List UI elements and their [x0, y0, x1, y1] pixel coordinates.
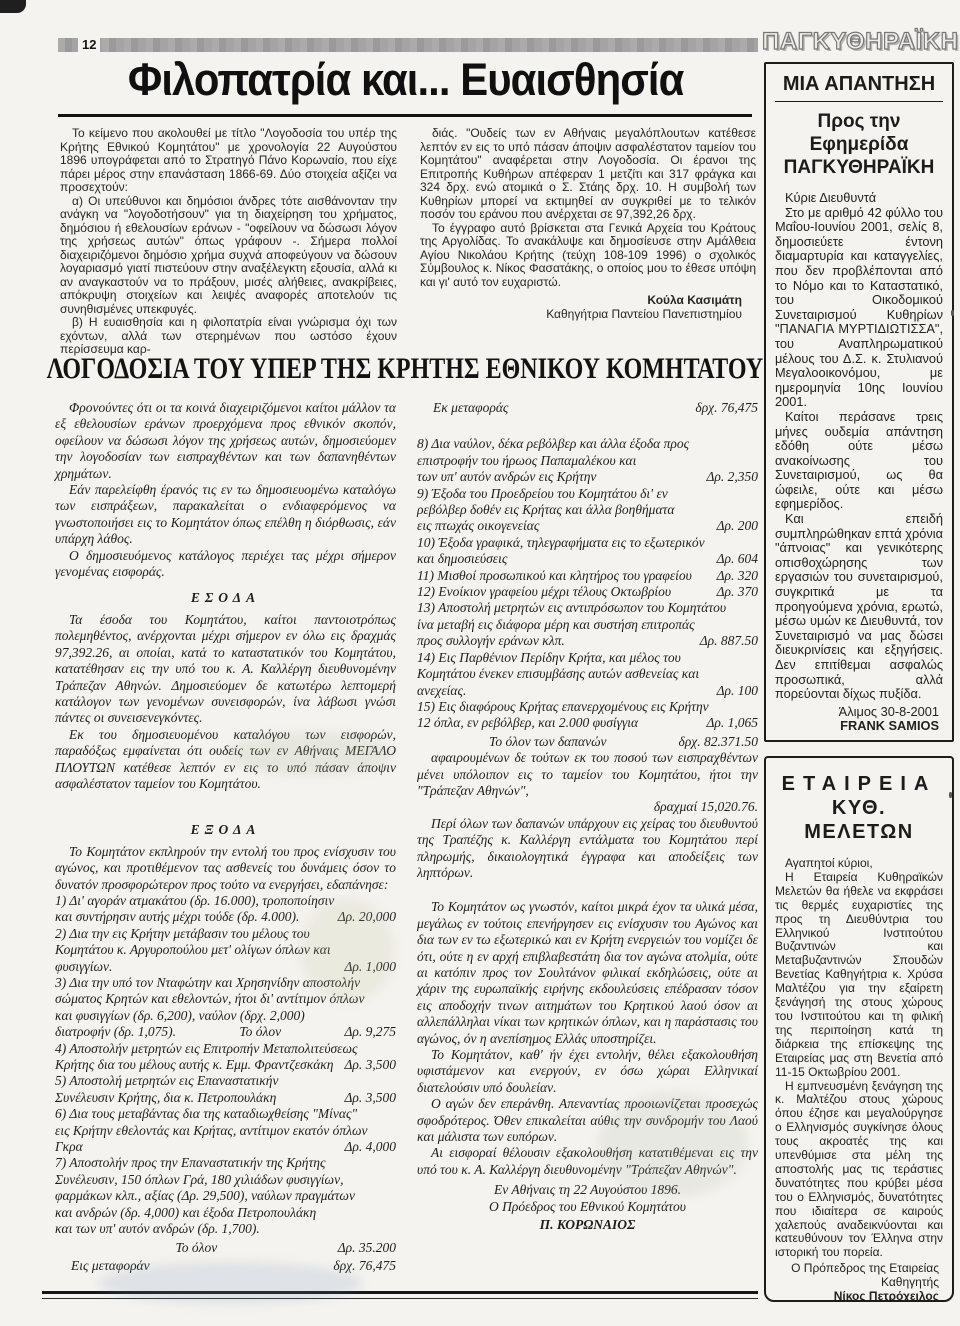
amount: Δρ. 3,500	[344, 1057, 396, 1073]
ledger-line: Το όλονΔρ. 35.200	[55, 1240, 396, 1256]
ledger-line: ανεχείας.Δρ. 100	[417, 683, 758, 699]
scan-speck	[949, 792, 952, 798]
report-title-container: ΛΟΓΟΔΟΣΙΑ ΤΟΥ ΥΠΕΡ ΤΗΣ ΚΡΗΤΗΣ ΕΘΝΙΚΟΥ ΚΟ…	[55, 351, 755, 387]
amount: Δρ. 200	[717, 518, 758, 534]
line-text: Το όλον των δαπανών	[417, 734, 679, 750]
ledger-line: 7) Αποστολήν προς την Επαναστατικήν της …	[55, 1155, 396, 1171]
line-text: Γκρα	[55, 1139, 83, 1155]
paragraph: Το Κομητάτον, καθ' ήν έχει εντολήν, θέλε…	[417, 1047, 758, 1096]
line-text: και δημοσιεύσεις	[417, 551, 507, 567]
line-text: 2) Δια την εις Κρήτην μετάβασιν του μέλο…	[55, 926, 310, 942]
studies-box-title-line: ΚΥΘ. ΜΕΛΕΤΩΝ	[775, 796, 943, 844]
ledger-line: και δημοσιεύσειςΔρ. 604	[417, 551, 758, 567]
ledger-line: 8) Δια ναύλον, δέκα ρεβόλβερ και άλλα έξ…	[417, 436, 758, 452]
scan-artifact	[0, 0, 26, 13]
ledger-line: Εκ μεταφοράςδρχ. 76,475	[417, 400, 758, 416]
paragraph: α) Οι υπεύθυνοι και δημόσιοι άνδρες τότε…	[60, 195, 397, 317]
line-text: και φυσιγγίων (δρ. 6,200), ναύλον (δρχ. …	[55, 1008, 305, 1024]
line-text: 14) Εις Παρθένιον Περίδην Κρήτα, και μέλ…	[417, 650, 681, 666]
line-text: 5) Αποστολή μετρητών εις Επαναστατικήν	[55, 1073, 278, 1089]
amount: Δρ. 887.50	[700, 633, 758, 649]
amount: Δρ. 1,065	[706, 715, 758, 731]
letter-dateline: Άλιμος 30-8-2001	[775, 705, 943, 720]
line-text: φυσιγγίων.	[55, 959, 112, 975]
paragraph: Στο με αριθμό 42 φύλλο του Μαΐου-Ιουνίου…	[775, 206, 943, 410]
president-title: Ο Πρόεδρος του Εθνικού Κομητάτου	[417, 1199, 758, 1215]
line-text: 7) Αποστολήν προς την Επαναστατικήν της …	[55, 1155, 325, 1171]
line-text: και ανδρών (δρ. 4,000) και έξοδα Πετροπο…	[55, 1205, 316, 1221]
paragraph: Το έγγραφο αυτό βρίσκεται στα Γενικά Αρχ…	[420, 222, 756, 290]
paragraph: Και επειδή συμπληρώθηκαν επτά χρόνια "άπ…	[775, 512, 943, 702]
paragraph: Το Κομητάτον ως γνωστόν, καίτοι μικρά έχ…	[417, 899, 758, 1047]
salutation: Κύριε Διευθυντά	[775, 191, 943, 206]
letter-signature-role: Ο Πρόπεδρος της Εταιρείας	[775, 1262, 943, 1276]
exoda-heading: ΕΞΟΔΑ	[55, 822, 396, 838]
author-signature: Κούλα Κασιμάτη	[420, 294, 756, 308]
letter-signature: Νίκος Πετρόχειλος	[775, 1290, 943, 1302]
page-header-bar: 12	[58, 38, 758, 52]
amount: Δρ. 9,275	[344, 1024, 396, 1040]
report-title: ΛΟΓΟΔΟΣΙΑ ΤΟΥ ΥΠΕΡ ΤΗΣ ΚΡΗΤΗΣ ΕΘΝΙΚΟΥ ΚΟ…	[47, 351, 764, 387]
ledger-line: 12) Ενοίκιον γραφείου μέχρι τέλους Οκτωβ…	[417, 584, 758, 600]
paragraph: Περί όλων των δαπανών υπάρχουν εις χείρα…	[417, 816, 758, 882]
line-text: 13) Αποστολή μετρητών εις αντιπρόσωπον τ…	[417, 600, 726, 616]
ledger-line: ίνα μεταβή εις διάφορα μέρη και συστήση …	[417, 617, 758, 633]
amount: δρχ. 82.371.50	[679, 734, 758, 750]
line-text: 1) Δι' αγοράν ατμακάτου (δρ. 16.000), τρ…	[55, 893, 334, 909]
line-text: Κομητάτου ένεκεν επισυμβάσης αυτών ασθεν…	[417, 666, 699, 682]
paragraph: διάς. "Ουδείς των εν Αθήναις μεγαλόπλουτ…	[420, 127, 756, 222]
article-title: Φιλοπατρία και... Ευαισθησία	[128, 52, 684, 108]
line-text: 10) Έξοδα γραφικά, τηλεγραφήματα εις το …	[417, 535, 705, 551]
ledger-line: 10) Έξοδα γραφικά, τηλεγραφήματα εις το …	[417, 535, 758, 551]
line-text: Συνέλευσιν Κρήτης, δια κ. Πετροπουλάκη	[55, 1090, 276, 1106]
line-text: 12) Ενοίκιον γραφείου μέχρι τέλους Οκτωβ…	[417, 584, 671, 600]
answer-box-subtitle-line: Προς την	[775, 110, 943, 133]
ledger-line: επιστροφήν του ήρωος Παπαμαλέκου και	[417, 453, 758, 469]
amount: δρχ. 76,475	[695, 400, 758, 416]
ledger-line: 5) Αποστολή μετρητών εις Επαναστατικήν	[55, 1073, 396, 1089]
letter-box-answer: ΜΙΑ ΑΠΑΝΤΗΣΗ Προς την Εφημερίδα ΠΑΓΚΥΘΗΡ…	[764, 62, 954, 742]
spacer	[417, 416, 758, 436]
salutation: Αγαπητοί κύριοι,	[775, 857, 943, 871]
line-text: προς συλλογήν εράνων κλπ.	[417, 633, 565, 649]
studies-box-title: ΕΤΑΙΡΕΙΑ ΚΥΘ. ΜΕΛΕΤΩΝ	[775, 772, 943, 844]
scan-artifact	[228, 733, 393, 775]
ledger-line: και ανδρών (δρ. 4,000) και έξοδα Πετροπο…	[55, 1205, 396, 1221]
esoda-heading: ΕΣΟΔΑ	[55, 590, 396, 606]
ledger-line: 15) Εις διαφόρους Κρήτας επανερχομένους …	[417, 699, 758, 715]
amount: Δρ. 35.200	[338, 1240, 396, 1256]
line-text: 8) Δια ναύλον, δέκα ρεβόλβερ και άλλα έξ…	[417, 436, 689, 452]
line-text: Εκ μεταφοράς	[433, 400, 508, 416]
line-text: σώματος Κρητών και εθελοντών, ήτοι δι' α…	[55, 991, 364, 1007]
ledger-line: διατροφήν (δρ. 1,075).Το όλονΔρ. 9,275	[55, 1024, 396, 1040]
answer-box-title: ΜΙΑ ΑΠΑΝΤΗΣΗ	[775, 72, 943, 102]
studies-box-title-line: ΕΤΑΙΡΕΙΑ	[775, 772, 943, 796]
amount: Δρ. 2,350	[706, 469, 758, 485]
newspaper-masthead: ΠΑΓΚΥΘΗΡΑΪΚΗ	[762, 28, 956, 56]
line-text: φαρμάκων κλπ., αξίας (Δρ. 29,500), ναύλω…	[55, 1188, 355, 1204]
ledger-line: Το όλον των δαπανώνδρχ. 82.371.50	[417, 734, 758, 750]
ledger-line: 4) Αποστολήν μετρητών εις Επιτροπήν Μετα…	[55, 1041, 396, 1057]
amount: Δρ. 604	[717, 551, 758, 567]
line-text: 6) Δια τους μεταβάντας δια της καταδιωχθ…	[55, 1106, 357, 1122]
ledger-line: 11) Μισθοί προσωπικού και κλητήρος του γ…	[417, 568, 758, 584]
amount: Δρ. 4,000	[344, 1139, 396, 1155]
line-text: και συντήρησιν αυτής μέχρι τούδε (δρ. 4.…	[55, 909, 299, 925]
ledger-line: προς συλλογήν εράνων κλπ.Δρ. 887.50	[417, 633, 758, 649]
answer-box-subtitle: Προς την Εφημερίδα ΠΑΓΚΥΘΗΡΑΪΚΗ	[775, 110, 943, 179]
letter-box-studies: ΕΤΑΙΡΕΙΑ ΚΥΘ. ΜΕΛΕΤΩΝ Αγαπητοί κύριοι,Η …	[764, 756, 954, 1302]
line-text: 4) Αποστολήν μετρητών εις Επιτροπήν Μετα…	[55, 1041, 358, 1057]
line-text: διατροφήν (δρ. 1,075).	[55, 1024, 176, 1040]
headline-rule	[58, 114, 752, 117]
line-text: εις πτωχάς οικογενείας	[417, 518, 539, 534]
ledger-line: ρεβόλβερ δοθέν εις Κρήτας και άλλα βοηθή…	[417, 502, 758, 518]
line-text: Το όλον	[176, 1024, 345, 1040]
ledger-line: 12 όπλα, εν ρεβόλβερ, και 2.000 φυσίγγια…	[417, 715, 758, 731]
amount: Δρ. 3,500	[344, 1090, 396, 1106]
line-text: 9) Έξοδα του Προεδρείου του Κομητάτου δι…	[417, 486, 668, 502]
scan-speck	[951, 310, 954, 316]
ledger-line: Κρήτης δια του μέλους αυτής κ. Εμμ. Φραν…	[55, 1057, 396, 1073]
amount: Δρ. 100	[717, 683, 758, 699]
ledger-line: εις πτωχάς οικογενείαςΔρ. 200	[417, 518, 758, 534]
paragraph: Η εμπνευσμένη ξενάγηση της κ. Μαλτέζου σ…	[775, 1080, 943, 1261]
paragraph: Ο δημοσιευόμενος κατάλογος περιέχει τας …	[55, 548, 396, 581]
scan-artifact	[98, 1262, 363, 1304]
ledger-line: Συνέλευσιν Κρήτης, δια κ. ΠετροπουλάκηΔρ…	[55, 1090, 396, 1106]
page-number: 12	[78, 38, 100, 52]
ledger-line: και φυσιγγίων (δρ. 6,200), ναύλον (δρχ. …	[55, 1008, 396, 1024]
letter-signature-role: Καθηγητής	[775, 1276, 943, 1290]
scan-artifact	[300, 898, 395, 1003]
paragraph: Το κείμενο που ακολουθεί με τίτλο "Λογοδ…	[60, 127, 397, 195]
paragraph: αφαιρουμένων δε τούτων εκ του ποσού των …	[417, 750, 758, 799]
line-text: 12 όπλα, εν ρεβόλβερ, και 2.000 φυσίγγια	[417, 715, 638, 731]
line-text: επιστροφήν του ήρωος Παπαμαλέκου και	[417, 453, 636, 469]
ledger-line: φαρμάκων κλπ., αξίας (Δρ. 29,500), ναύλω…	[55, 1188, 396, 1204]
ledger-line: 13) Αποστολή μετρητών εις αντιπρόσωπον τ…	[417, 600, 758, 616]
headline-container: Φιλοπατρία και... Ευαισθησία	[60, 52, 752, 108]
president-signature: Π. ΚΟΡΩΝΑΙΟΣ	[417, 1217, 758, 1233]
answer-box-subtitle-line: Εφημερίδα	[775, 133, 943, 156]
line-text: των υπ' αυτόν ανδρών εις Κρήτην	[417, 469, 596, 485]
ledger-line: εις Κρήτην εθελοντάς και Κρήτας, αντίτιμ…	[55, 1123, 396, 1139]
scan-artifact	[598, 1092, 748, 1197]
ledger-line: ΓκραΔρ. 4,000	[55, 1139, 396, 1155]
line-text: Κομητάτου κ. Αργυροπούλου μετ' ολίγων όπ…	[55, 942, 331, 958]
ledger-line: Κομητάτου ένεκεν επισυμβάσης αυτών ασθεν…	[417, 666, 758, 682]
line-text: Το όλον	[55, 1240, 338, 1256]
paragraph: Τα έσοδα του Κομητάτου, καίτοι παντοιοτρ…	[55, 612, 396, 727]
line-text: ίνα μεταβή εις διάφορα μέρη και συστήση …	[417, 617, 695, 633]
letter-signature: FRANK SAMIOS	[775, 719, 943, 734]
amount: Δρ. 320	[717, 568, 758, 584]
line-text: και των υπ' αυτόν ανδρών (δρ. 1,700).	[55, 1221, 260, 1237]
paragraph: Φρονούντες ότι οι τα κοινά διαχειριζόμεν…	[55, 400, 396, 482]
line-text: ρεβόλβερ δοθέν εις Κρήτας και άλλα βοηθή…	[417, 502, 674, 518]
ledger-line: 14) Εις Παρθένιον Περίδην Κρήτα, και μέλ…	[417, 650, 758, 666]
answer-box-subtitle-line: ΠΑΓΚΥΘΗΡΑΪΚΗ	[775, 156, 943, 179]
ledger-line: των υπ' αυτόν ανδρών εις ΚρήτηνΔρ. 2,350	[417, 469, 758, 485]
line-text: Κρήτης δια του μέλους αυτής κ. Εμμ. Φραν…	[55, 1057, 333, 1073]
article-column-2: διάς. "Ουδείς των εν Αθήναις μεγαλόπλουτ…	[420, 127, 756, 321]
paragraph: Το Κομητάτον εκπληρούν την εντολή του πρ…	[55, 844, 396, 893]
line-text: 15) Εις διαφόρους Κρήτας επανερχομένους …	[417, 699, 709, 715]
report-column-1: Φρονούντες ότι οι τα κοινά διαχειριζόμεν…	[55, 400, 396, 1274]
newspaper-page: 12 ΠΑΓΚΥΘΗΡΑΪΚΗ Φιλοπατρία και... Ευαισθ…	[0, 0, 960, 1326]
amount: Δρ. 370	[717, 584, 758, 600]
paragraph: Καίτοι περάσανε τρεις μήνες ουδεμία απάν…	[775, 410, 943, 512]
paragraph: Η Εταιρεία Κυθηραϊκών Μελετών θα ήθελε ν…	[775, 871, 943, 1080]
answer-box-body: Κύριε ΔιευθυντάΣτο με αριθμό 42 φύλλο το…	[775, 191, 943, 734]
author-title: Καθηγήτρια Παντείου Πανεπιστημίου	[420, 308, 756, 322]
ledger-line: Συνέλευσιν, 150 όπλων Γρά, 180 χιλιάδων …	[55, 1172, 396, 1188]
ledger-line: 6) Δια τους μεταβάντας δια της καταδιωχθ…	[55, 1106, 396, 1122]
line-text: εις Κρήτην εθελοντάς και Κρήτας, αντίτιμ…	[55, 1123, 368, 1139]
line-text: 11) Μισθοί προσωπικού και κλητήρος του γ…	[417, 568, 692, 584]
right-aligned-line: δραχμαί 15,020.76.	[417, 799, 758, 815]
line-text: ανεχείας.	[417, 683, 466, 699]
line-text: Συνέλευσιν, 150 όπλων Γρά, 180 χιλιάδων …	[55, 1172, 343, 1188]
paragraph: Εάν παρελείφθη έρανός τις εν τω δημοσιευ…	[55, 482, 396, 548]
ledger-line: 9) Έξοδα του Προεδρείου του Κομητάτου δι…	[417, 486, 758, 502]
ledger-line: και των υπ' αυτόν ανδρών (δρ. 1,700).	[55, 1221, 396, 1237]
article-column-1: Το κείμενο που ακολουθεί με τίτλο "Λογοδ…	[60, 127, 397, 357]
studies-box-body: Αγαπητοί κύριοι,Η Εταιρεία Κυθηραϊκών Με…	[775, 857, 943, 1302]
